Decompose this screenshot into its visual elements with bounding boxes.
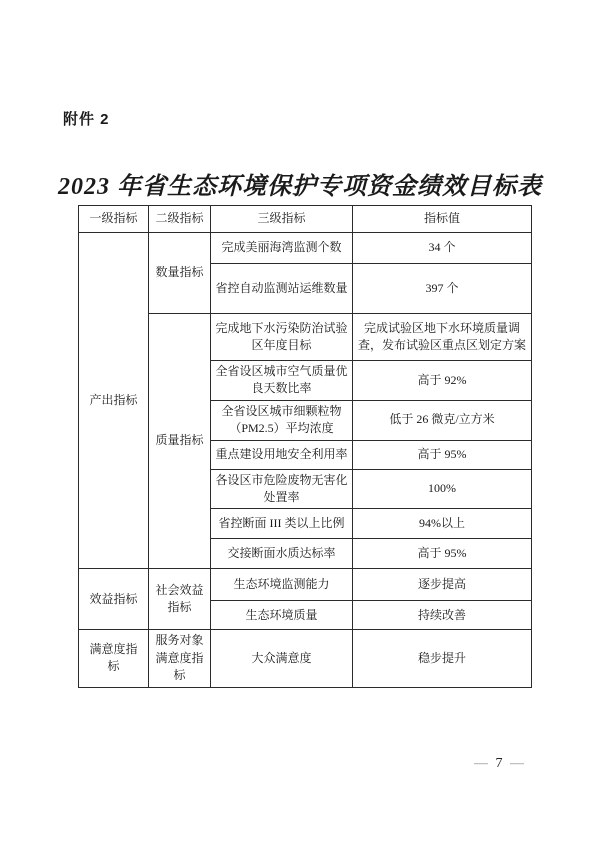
- value-cell: 稳步提升: [353, 630, 532, 687]
- level2-cell-quantity: 数量指标: [149, 233, 211, 314]
- level2-cell-social-benefit: 社会效益指标: [149, 569, 211, 630]
- value-cell: 持续改善: [353, 601, 532, 630]
- document-page: 附件 2 2023 年省生态环境保护专项资金绩效目标表 一级指标 二级指标 三级…: [0, 0, 600, 848]
- indicator-cell: 生态环境监测能力: [211, 569, 353, 601]
- header-level3-indicator: 三级指标: [211, 206, 353, 233]
- value-cell: 逐步提高: [353, 569, 532, 601]
- value-cell: 高于 95%: [353, 539, 532, 569]
- header-level2-indicator: 二级指标: [149, 206, 211, 233]
- value-cell: 高于 92%: [353, 361, 532, 401]
- value-cell: 94%以上: [353, 509, 532, 539]
- value-cell: 34 个: [353, 233, 532, 264]
- header-indicator-value: 指标值: [353, 206, 532, 233]
- table-row: 效益指标 社会效益指标 生态环境监测能力 逐步提高: [79, 569, 532, 601]
- value-cell: 397 个: [353, 264, 532, 314]
- value-cell: 高于 95%: [353, 440, 532, 469]
- indicator-cell: 省控自动监测站运维数量: [211, 264, 353, 314]
- page-number: — 7 —: [474, 756, 526, 772]
- indicator-cell: 重点建设用地安全利用率: [211, 440, 353, 469]
- indicator-cell: 全省设区城市空气质量优良天数比率: [211, 361, 353, 401]
- performance-target-table: 一级指标 二级指标 三级指标 指标值 产出指标 数量指标 完成美丽海湾监测个数 …: [78, 205, 532, 688]
- page-number-dash-right: —: [510, 756, 526, 771]
- document-title: 2023 年省生态环境保护专项资金绩效目标表: [0, 166, 600, 201]
- level1-cell-benefit: 效益指标: [79, 569, 149, 630]
- table-row: 满意度指标 服务对象满意度指标 大众满意度 稳步提升: [79, 630, 532, 687]
- level1-cell-output: 产出指标: [79, 233, 149, 569]
- level2-cell-quality: 质量指标: [149, 314, 211, 569]
- indicator-cell: 大众满意度: [211, 630, 353, 687]
- attachment-label: 附件 2: [63, 108, 110, 129]
- indicator-cell: 生态环境质量: [211, 601, 353, 630]
- value-cell: 低于 26 微克/立方米: [353, 400, 532, 440]
- table-header-row: 一级指标 二级指标 三级指标 指标值: [79, 206, 532, 233]
- indicator-cell: 各设区市危险废物无害化处置率: [211, 469, 353, 509]
- indicator-cell: 省控断面 III 类以上比例: [211, 509, 353, 539]
- level1-cell-satisfaction: 满意度指标: [79, 630, 149, 687]
- indicator-cell: 完成地下水污染防治试验区年度目标: [211, 314, 353, 361]
- value-cell: 100%: [353, 469, 532, 509]
- table-row: 产出指标 数量指标 完成美丽海湾监测个数 34 个: [79, 233, 532, 264]
- indicator-cell: 全省设区城市细颗粒物（PM2.5）平均浓度: [211, 400, 353, 440]
- indicator-cell: 完成美丽海湾监测个数: [211, 233, 353, 264]
- page-number-value: 7: [496, 756, 505, 771]
- level2-cell-service-satisfaction: 服务对象满意度指标: [149, 630, 211, 687]
- value-cell: 完成试验区地下水环境质量调查，发布试验区重点区划定方案: [353, 314, 532, 361]
- indicator-cell: 交接断面水质达标率: [211, 539, 353, 569]
- header-level1-indicator: 一级指标: [79, 206, 149, 233]
- page-number-dash-left: —: [474, 756, 490, 771]
